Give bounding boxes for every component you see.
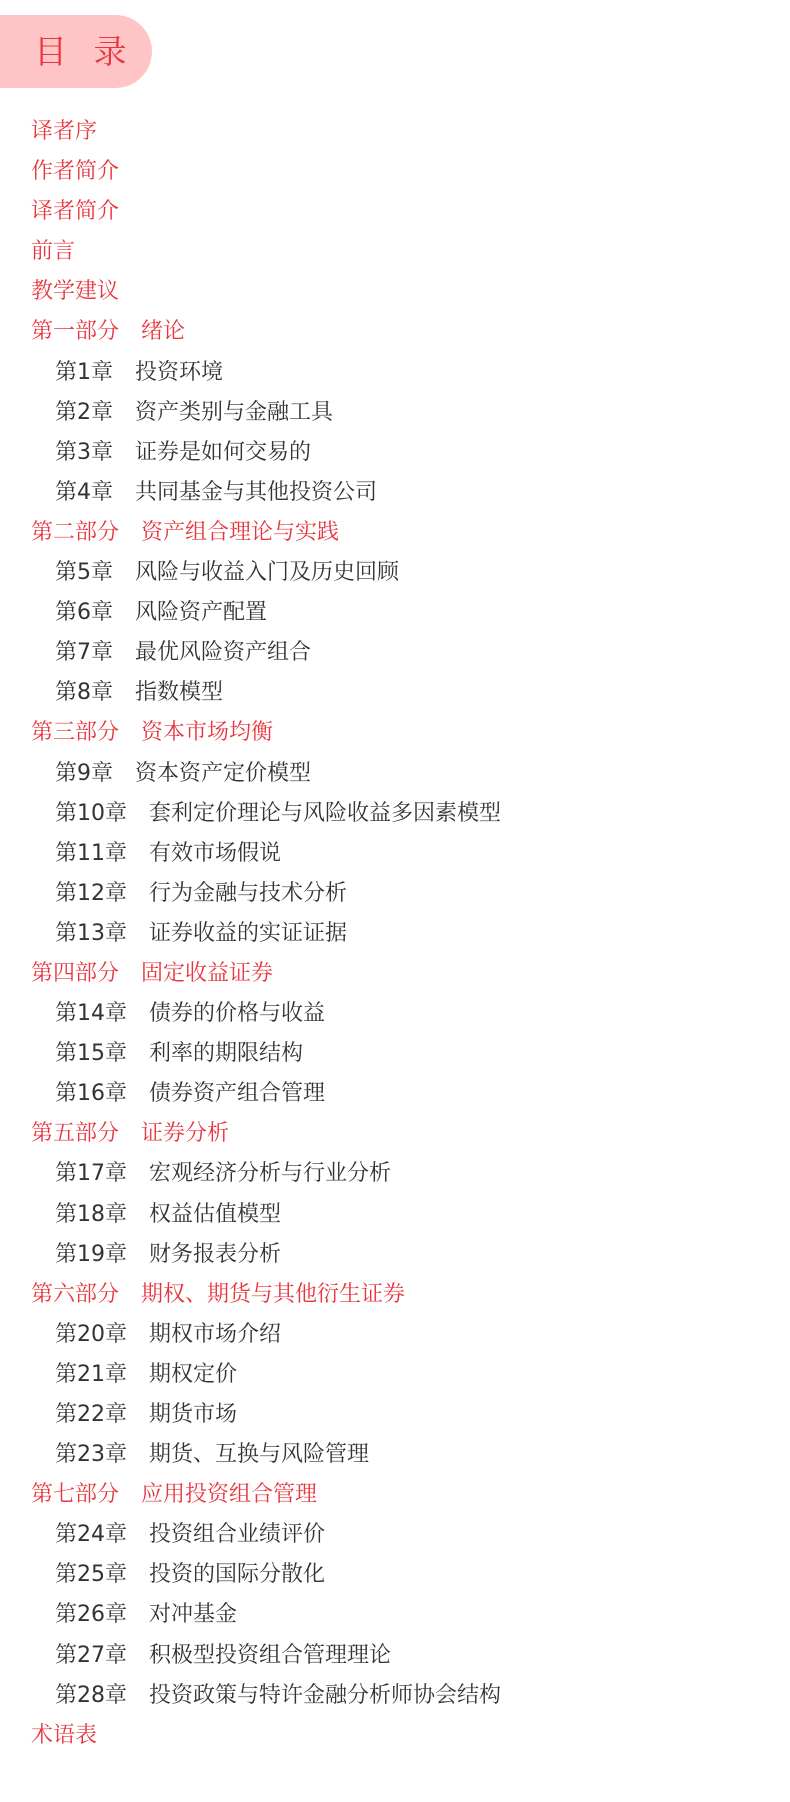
part-number: 第五部分 xyxy=(31,1114,119,1154)
toc-part-link[interactable]: 第五部分证券分析 xyxy=(0,1114,790,1154)
table-of-contents: 译者序作者简介译者简介前言教学建议第一部分绪论第1章投资环境第2章资产类别与金融… xyxy=(0,112,790,1756)
toc-chapter-link[interactable]: 第8章指数模型 xyxy=(0,673,790,713)
chapter-number: 第26章 xyxy=(55,1595,127,1635)
toc-chapter-link[interactable]: 第6章风险资产配置 xyxy=(0,593,790,633)
chapter-number: 第4章 xyxy=(55,473,113,513)
toc-part-link[interactable]: 第六部分期权、期货与其他衍生证券 xyxy=(0,1275,790,1315)
chapter-title: 有效市场假说 xyxy=(149,841,281,866)
chapter-number: 第5章 xyxy=(55,553,113,593)
part-title: 期权、期货与其他衍生证券 xyxy=(141,1282,405,1307)
toc-item-label: 术语表 xyxy=(31,1723,97,1748)
toc-chapter-link[interactable]: 第19章财务报表分析 xyxy=(0,1235,790,1275)
chapter-number: 第13章 xyxy=(55,914,127,954)
part-number: 第七部分 xyxy=(31,1475,119,1515)
toc-part-link[interactable]: 第一部分绪论 xyxy=(0,312,790,352)
chapter-title: 风险与收益入门及历史回顾 xyxy=(135,560,399,585)
chapter-title: 期货、互换与风险管理 xyxy=(149,1442,369,1467)
toc-front-matter-link[interactable]: 译者序 xyxy=(0,112,790,152)
toc-item-label: 译者序 xyxy=(31,119,97,144)
chapter-number: 第16章 xyxy=(55,1074,127,1114)
toc-header-banner: 目 录 xyxy=(0,15,152,88)
toc-front-matter-link[interactable]: 作者简介 xyxy=(0,152,790,192)
chapter-title: 行为金融与技术分析 xyxy=(149,881,347,906)
chapter-number: 第8章 xyxy=(55,673,113,713)
toc-chapter-link[interactable]: 第5章风险与收益入门及历史回顾 xyxy=(0,553,790,593)
chapter-title: 投资组合业绩评价 xyxy=(149,1522,325,1547)
chapter-number: 第25章 xyxy=(55,1555,127,1595)
toc-item-label: 前言 xyxy=(31,239,75,264)
toc-chapter-link[interactable]: 第21章期权定价 xyxy=(0,1355,790,1395)
page-title: 目 录 xyxy=(34,35,135,68)
chapter-number: 第23章 xyxy=(55,1435,127,1475)
toc-part-link[interactable]: 第二部分资产组合理论与实践 xyxy=(0,513,790,553)
chapter-title: 债券资产组合管理 xyxy=(149,1081,325,1106)
toc-chapter-link[interactable]: 第24章投资组合业绩评价 xyxy=(0,1515,790,1555)
chapter-number: 第9章 xyxy=(55,754,113,794)
toc-item-label: 作者简介 xyxy=(31,159,119,184)
chapter-title: 投资环境 xyxy=(135,360,223,385)
chapter-number: 第14章 xyxy=(55,994,127,1034)
toc-chapter-link[interactable]: 第1章投资环境 xyxy=(0,353,790,393)
chapter-number: 第3章 xyxy=(55,433,113,473)
toc-front-matter-link[interactable]: 译者简介 xyxy=(0,192,790,232)
chapter-number: 第12章 xyxy=(55,874,127,914)
toc-chapter-link[interactable]: 第25章投资的国际分散化 xyxy=(0,1555,790,1595)
part-title: 资产组合理论与实践 xyxy=(141,520,339,545)
chapter-number: 第17章 xyxy=(55,1154,127,1194)
part-number: 第六部分 xyxy=(31,1275,119,1315)
part-number: 第三部分 xyxy=(31,713,119,753)
chapter-title: 套利定价理论与风险收益多因素模型 xyxy=(149,801,501,826)
toc-chapter-link[interactable]: 第23章期货、互换与风险管理 xyxy=(0,1435,790,1475)
toc-chapter-link[interactable]: 第10章套利定价理论与风险收益多因素模型 xyxy=(0,794,790,834)
toc-chapter-link[interactable]: 第28章投资政策与特许金融分析师协会结构 xyxy=(0,1676,790,1716)
chapter-number: 第27章 xyxy=(55,1636,127,1676)
chapter-title: 债券的价格与收益 xyxy=(149,1001,325,1026)
chapter-number: 第15章 xyxy=(55,1034,127,1074)
part-number: 第二部分 xyxy=(31,513,119,553)
part-title: 资本市场均衡 xyxy=(141,720,273,745)
chapter-number: 第11章 xyxy=(55,834,127,874)
chapter-title: 资本资产定价模型 xyxy=(135,761,311,786)
part-title: 绪论 xyxy=(141,319,185,344)
toc-chapter-link[interactable]: 第13章证券收益的实证证据 xyxy=(0,914,790,954)
toc-chapter-link[interactable]: 第18章权益估值模型 xyxy=(0,1195,790,1235)
chapter-title: 最优风险资产组合 xyxy=(135,640,311,665)
chapter-title: 资产类别与金融工具 xyxy=(135,400,333,425)
chapter-number: 第20章 xyxy=(55,1315,127,1355)
chapter-title: 证券是如何交易的 xyxy=(135,440,311,465)
toc-item-label: 译者简介 xyxy=(31,199,119,224)
chapter-number: 第7章 xyxy=(55,633,113,673)
chapter-title: 期货市场 xyxy=(149,1402,237,1427)
chapter-title: 共同基金与其他投资公司 xyxy=(135,480,377,505)
chapter-title: 风险资产配置 xyxy=(135,600,267,625)
chapter-title: 投资的国际分散化 xyxy=(149,1562,325,1587)
chapter-number: 第21章 xyxy=(55,1355,127,1395)
toc-part-link[interactable]: 第四部分固定收益证券 xyxy=(0,954,790,994)
chapter-number: 第2章 xyxy=(55,393,113,433)
chapter-number: 第10章 xyxy=(55,794,127,834)
chapter-number: 第19章 xyxy=(55,1235,127,1275)
toc-chapter-link[interactable]: 第16章债券资产组合管理 xyxy=(0,1074,790,1114)
chapter-title: 投资政策与特许金融分析师协会结构 xyxy=(149,1683,501,1708)
part-title: 证券分析 xyxy=(141,1121,229,1146)
toc-chapter-link[interactable]: 第12章行为金融与技术分析 xyxy=(0,874,790,914)
toc-chapter-link[interactable]: 第14章债券的价格与收益 xyxy=(0,994,790,1034)
toc-chapter-link[interactable]: 第15章利率的期限结构 xyxy=(0,1034,790,1074)
chapter-number: 第22章 xyxy=(55,1395,127,1435)
chapter-title: 利率的期限结构 xyxy=(149,1041,303,1066)
chapter-title: 期权定价 xyxy=(149,1362,237,1387)
toc-chapter-link[interactable]: 第26章对冲基金 xyxy=(0,1595,790,1635)
toc-chapter-link[interactable]: 第4章共同基金与其他投资公司 xyxy=(0,473,790,513)
chapter-title: 宏观经济分析与行业分析 xyxy=(149,1161,391,1186)
chapter-number: 第24章 xyxy=(55,1515,127,1555)
chapter-title: 对冲基金 xyxy=(149,1602,237,1627)
chapter-title: 权益估值模型 xyxy=(149,1202,281,1227)
chapter-number: 第1章 xyxy=(55,353,113,393)
toc-front-matter-link[interactable]: 前言 xyxy=(0,232,790,272)
chapter-title: 财务报表分析 xyxy=(149,1242,281,1267)
toc-chapter-link[interactable]: 第7章最优风险资产组合 xyxy=(0,633,790,673)
chapter-number: 第28章 xyxy=(55,1676,127,1716)
chapter-title: 证券收益的实证证据 xyxy=(149,921,347,946)
part-number: 第四部分 xyxy=(31,954,119,994)
part-title: 应用投资组合管理 xyxy=(141,1482,317,1507)
toc-chapter-link[interactable]: 第2章资产类别与金融工具 xyxy=(0,393,790,433)
toc-chapter-link[interactable]: 第17章宏观经济分析与行业分析 xyxy=(0,1154,790,1194)
part-number: 第一部分 xyxy=(31,312,119,352)
toc-front-matter-link[interactable]: 教学建议 xyxy=(0,272,790,312)
toc-chapter-link[interactable]: 第22章期货市场 xyxy=(0,1395,790,1435)
toc-item-label: 教学建议 xyxy=(31,279,119,304)
toc-chapter-link[interactable]: 第11章有效市场假说 xyxy=(0,834,790,874)
toc-chapter-link[interactable]: 第9章资本资产定价模型 xyxy=(0,754,790,794)
chapter-title: 指数模型 xyxy=(135,680,223,705)
toc-chapter-link[interactable]: 第27章积极型投资组合管理理论 xyxy=(0,1636,790,1676)
part-title: 固定收益证券 xyxy=(141,961,273,986)
chapter-title: 期权市场介绍 xyxy=(149,1322,281,1347)
toc-front-matter-link[interactable]: 术语表 xyxy=(0,1716,790,1756)
chapter-number: 第18章 xyxy=(55,1195,127,1235)
toc-part-link[interactable]: 第七部分应用投资组合管理 xyxy=(0,1475,790,1515)
chapter-title: 积极型投资组合管理理论 xyxy=(149,1643,391,1668)
toc-chapter-link[interactable]: 第3章证券是如何交易的 xyxy=(0,433,790,473)
chapter-number: 第6章 xyxy=(55,593,113,633)
toc-part-link[interactable]: 第三部分资本市场均衡 xyxy=(0,713,790,753)
toc-chapter-link[interactable]: 第20章期权市场介绍 xyxy=(0,1315,790,1355)
